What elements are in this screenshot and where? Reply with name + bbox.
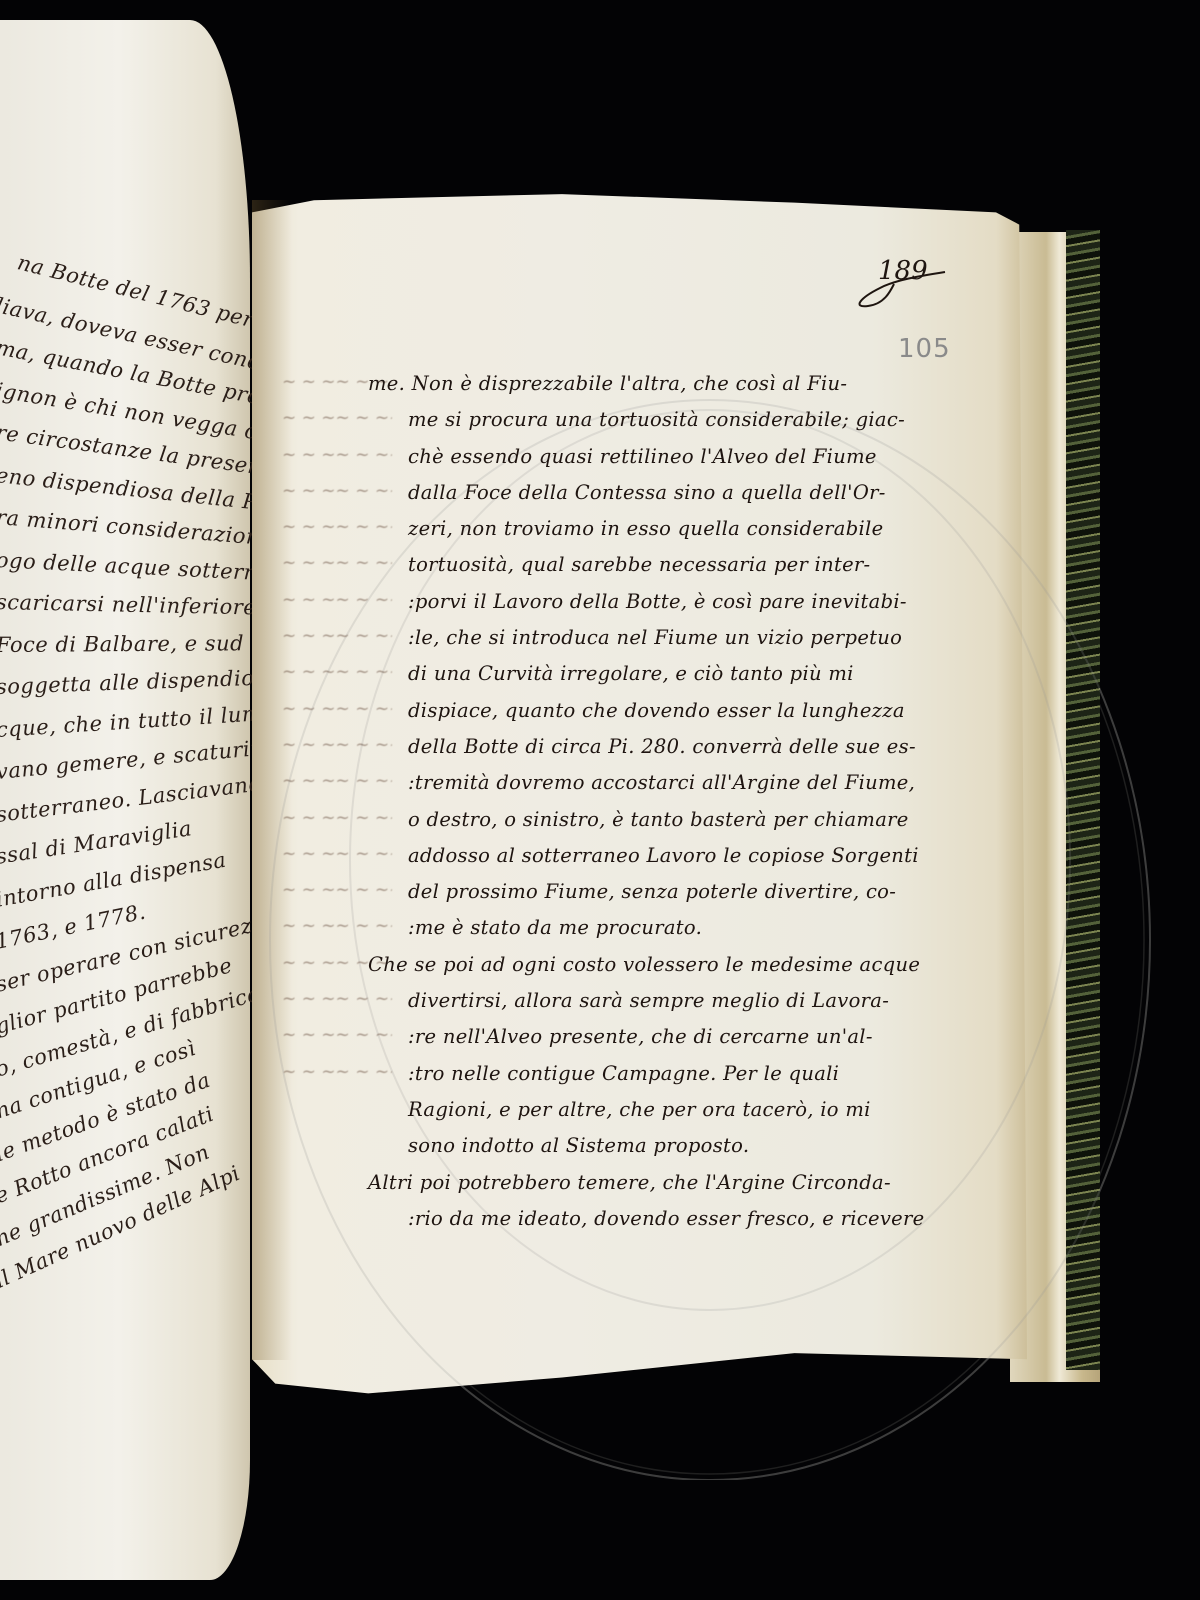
manuscript-line: dalla Foce della Contessa sino a quella … [380, 481, 900, 517]
manuscript-line: del prossimo Fiume, senza poterle divert… [380, 880, 900, 916]
manuscript-line: Altri poi potrebbero temere, che l'Argin… [368, 1171, 900, 1207]
manuscript-line: :rio da me ideato, dovendo esser fresco,… [380, 1207, 900, 1243]
bleed-line: ~ ~ ~~ ~ ~~~ ~ [282, 771, 392, 807]
bleed-through-text: ~ ~ ~~ ~ ~~~ ~~ ~ ~~ ~ ~~~ ~~ ~ ~~ ~ ~~~… [282, 372, 392, 1098]
manuscript-line: me si procura una tortuosità considerabi… [380, 408, 900, 444]
archive-stamp-number: 105 [898, 334, 951, 364]
manuscript-line: della Botte di circa Pi. 280. converrà d… [380, 735, 900, 771]
bleed-line: ~ ~ ~~ ~ ~~~ ~ [282, 916, 392, 952]
manuscript-line: chè essendo quasi rettilineo l'Alveo del… [380, 445, 900, 481]
manuscript-line: addosso al sotterraneo Lavoro le copiose… [380, 844, 900, 880]
manuscript-line: Ragioni, e per altre, che per ora tacerò… [380, 1098, 900, 1134]
manuscript-line: o destro, o sinistro, è tanto basterà pe… [380, 808, 900, 844]
bleed-line: ~ ~ ~~ ~ ~~~ ~ [282, 880, 392, 916]
bleed-line: ~ ~ ~~ ~ ~~~ ~ [282, 844, 392, 880]
bleed-line: ~ ~ ~~ ~ ~~~ ~ [282, 445, 392, 481]
bleed-line: ~ ~ ~~ ~ ~~~ ~ [282, 662, 392, 698]
bleed-line: ~ ~ ~~ ~ ~~~ ~ [282, 699, 392, 735]
left-manuscript-line: Foce di Balbare, e sud [0, 631, 244, 657]
manuscript-line: :re nell'Alveo presente, che di cercarne… [380, 1025, 900, 1061]
bleed-line: ~ ~ ~~ ~ ~~~ ~ [282, 1062, 392, 1098]
folio-number: 189 [878, 256, 928, 286]
manuscript-line: :le, che si introduca nel Fiume un vizio… [380, 626, 900, 662]
bleed-line: ~ ~ ~~ ~ ~~~ ~ [282, 408, 392, 444]
manuscript-line: Che se poi ad ogni costo volessero le me… [368, 953, 900, 989]
bleed-line: ~ ~ ~~ ~ ~~~ ~ [282, 553, 392, 589]
manuscript-line: sono indotto al Sistema proposto. [380, 1134, 900, 1170]
bleed-line: ~ ~ ~~ ~ ~~~ ~ [282, 517, 392, 553]
manuscript-line: :tremità dovremo accostarci all'Argine d… [380, 771, 900, 807]
bleed-line: ~ ~ ~~ ~ ~~~ ~ [282, 989, 392, 1025]
manuscript-line: zeri, non troviamo in esso quella consid… [380, 517, 900, 553]
bleed-line: ~ ~ ~~ ~ ~~~ ~ [282, 735, 392, 771]
bleed-line: ~ ~ ~~ ~ ~~~ ~ [282, 1025, 392, 1061]
right-page-text: me. Non è disprezzabile l'altra, che cos… [380, 372, 900, 1243]
manuscript-line: divertirsi, allora sarà sempre meglio di… [380, 989, 900, 1025]
manuscript-line: di una Curvità irregolare, e ciò tanto p… [380, 662, 900, 698]
manuscript-line: me. Non è disprezzabile l'altra, che cos… [368, 372, 900, 408]
manuscript-line: dispiace, quanto che dovendo esser la lu… [380, 699, 900, 735]
manuscript-line: :me è stato da me procurato. [380, 916, 900, 952]
bleed-line: ~ ~ ~~ ~ ~~~ ~ [282, 481, 392, 517]
bleed-line: ~ ~ ~~ ~ ~~~ ~ [282, 590, 392, 626]
marbled-cover [1066, 230, 1100, 1370]
bleed-line: ~ ~ ~~ ~ ~~~ ~ [282, 808, 392, 844]
manuscript-line: :tro nelle contigue Campagne. Per le qua… [380, 1062, 900, 1098]
manuscript-line: :porvi il Lavoro della Botte, è così par… [380, 590, 900, 626]
manuscript-line: tortuosità, qual sarebbe necessaria per … [380, 553, 900, 589]
bleed-line: ~ ~ ~~ ~ ~~~ ~ [282, 626, 392, 662]
